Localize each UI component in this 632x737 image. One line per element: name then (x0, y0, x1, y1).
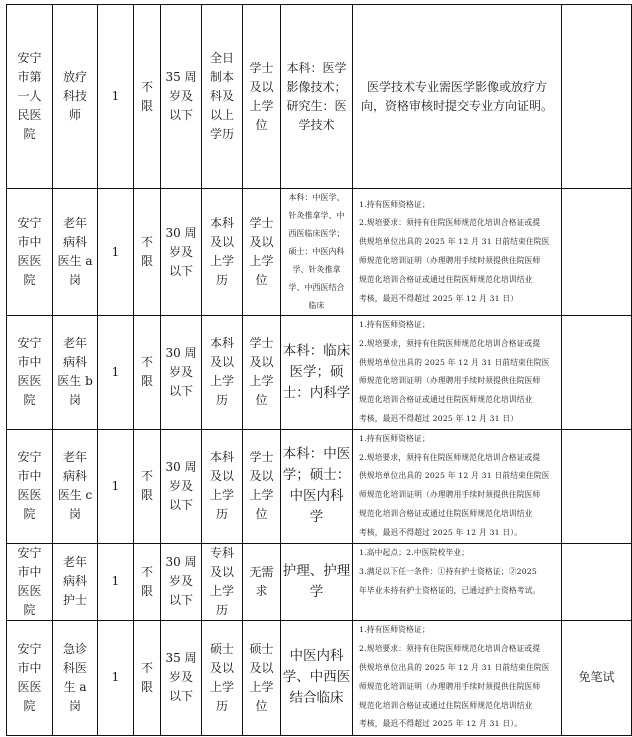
degree-line: 上学 (243, 486, 280, 505)
age-line: 30 周 (161, 553, 201, 572)
headcount-cell: 1 (98, 5, 134, 189)
other-requirements-line: 2.规培要求，须持有住院医师规范化培训合格证或提 (359, 449, 557, 468)
major-cell: 本科：中医学；硕士：中医内科学 (281, 429, 353, 543)
remark-cell (562, 5, 632, 189)
employer-line: 市中 (7, 467, 52, 486)
major-line: 学、中西医结合 (281, 279, 352, 297)
other-requirements-line: 规范化培训合格证或通过住院医师规范化培训结业 (359, 697, 557, 716)
employer-line: 安宁 (7, 334, 52, 353)
remark-cell (562, 189, 632, 316)
position-cell: 急诊科医生 a岗 (53, 620, 98, 735)
major-cell: 护理、护理学 (281, 543, 353, 620)
education-line: 上学 (202, 486, 242, 505)
major-line: 学、针灸推拿 (281, 261, 352, 279)
headcount-text: 1 (98, 572, 133, 591)
employer-line: 安宁 (7, 448, 52, 467)
remark-cell (562, 429, 632, 543)
remark-cell: 免笔试 (562, 620, 632, 735)
education-line: 本科 (202, 448, 242, 467)
position-line: 放疗 (53, 68, 97, 87)
table-row: 安宁市中医医院老年病科医生 b岗1不限30 周岁及以下本科及以上学历学士及以上学… (7, 316, 632, 430)
education-line: 及以 (202, 233, 242, 252)
other-requirements-line: 医学技术专业需医学影像或放疗方 (353, 78, 561, 97)
gender-cell: 不限 (134, 429, 161, 543)
employer-line: 民医 (7, 106, 52, 125)
major-line: 学 (281, 507, 352, 528)
position-line: 岗 (53, 505, 97, 524)
other-requirements-line: 1.持有医师资格证； (359, 430, 557, 449)
degree-line: 求 (243, 582, 280, 601)
age-line: 35 周 (161, 649, 201, 668)
age-cell: 35 周岁及以下 (161, 5, 202, 189)
other-requirements-line: 考核，最迟不得超过 2025 年 12 月 31 日） (359, 410, 557, 429)
education-cell: 专科及以上学历 (202, 543, 243, 620)
other-requirements-line: 供规培单位出具的 2025 年 12 月 31 日前结束住院医 (359, 659, 557, 678)
major-line: 本科：临床 (281, 341, 352, 362)
major-line: 研究生：医 (281, 97, 352, 116)
remark-cell (562, 316, 632, 430)
employer-line: 市中 (7, 353, 52, 372)
major-line: 中医内科 (281, 486, 352, 507)
degree-line: 上学 (243, 97, 280, 116)
education-line: 历 (202, 391, 242, 410)
education-line: 全日 (202, 49, 242, 68)
employer-line: 市中 (7, 233, 52, 252)
position-line: 医生 b (53, 372, 97, 391)
age-line: 以下 (161, 382, 201, 401)
employer-cell: 安宁市中医医院 (7, 543, 53, 620)
gender-line: 不 (134, 563, 160, 582)
headcount-cell: 1 (98, 543, 134, 620)
employer-line: 一人 (7, 87, 52, 106)
education-line: 科及 (202, 87, 242, 106)
age-line: 岁及 (161, 243, 201, 262)
employer-line: 医医 (7, 252, 52, 271)
degree-cell: 学士及以上学位 (243, 189, 281, 316)
employer-line: 市第 (7, 68, 52, 87)
age-line: 以下 (161, 687, 201, 706)
major-line: 西医临床医学； (281, 225, 352, 243)
gender-cell: 不限 (134, 543, 161, 620)
education-line: 及以 (202, 353, 242, 372)
headcount-cell: 1 (98, 189, 134, 316)
other-requirements-line: 向，资格审核时提交专业方向证明。 (353, 97, 561, 116)
other-requirements-line: 师规范化培训证明（办理聘用手续时须提供住院医师 (359, 486, 557, 505)
education-line: 历 (202, 697, 242, 716)
education-cell: 本科及以上学历 (202, 316, 243, 430)
gender-cell: 不限 (134, 620, 161, 735)
other-requirements-line (359, 601, 557, 620)
position-line: 病科 (53, 353, 97, 372)
employer-line: 市中 (7, 563, 52, 582)
age-cell: 30 周岁及以下 (161, 543, 202, 620)
other-requirements-line: 考核，最迟不得超过 2025 年 12 月 31 日）。 (359, 524, 557, 543)
major-line: 影像技术； (281, 78, 352, 97)
other-requirements-line: 2.规培要求：须持有住院医师规范化培训合格证或提 (359, 214, 557, 233)
education-cell: 硕士及以上学历 (202, 620, 243, 735)
other-requirements-line: 规范化培训合格证或通过住院医师规范化培训结业 (359, 271, 557, 290)
position-line: 科技 (53, 87, 97, 106)
employer-line: 安宁 (7, 640, 52, 659)
degree-cell: 学士及以上学位 (243, 5, 281, 189)
other-requirements-line: 1.持有医师资格证； (359, 196, 557, 215)
table-row: 安宁市第一人民医院放疗科技师1不限35 周岁及以下全日制本科及以上学历学士及以上… (7, 5, 632, 189)
degree-line: 及以 (243, 233, 280, 252)
major-line: 中医内科 (281, 646, 352, 667)
major-cell: 本科：临床医学；硕士：内科学 (281, 316, 353, 430)
other-requirements-line: 考核，最迟不得超过 2025 年 12 月 31 日） (359, 290, 557, 309)
major-line: 医学；硕 (281, 362, 352, 383)
position-line: 老年 (53, 553, 97, 572)
education-line: 制本 (202, 68, 242, 87)
recruitment-table: 安宁市第一人民医院放疗科技师1不限35 周岁及以下全日制本科及以上学历学士及以上… (6, 4, 632, 736)
age-line: 30 周 (161, 344, 201, 363)
degree-line: 硕士 (243, 640, 280, 659)
age-cell: 30 周岁及以下 (161, 189, 202, 316)
education-line: 本科 (202, 334, 242, 353)
age-line: 以下 (161, 591, 201, 610)
employer-line: 医医 (7, 486, 52, 505)
degree-line: 学士 (243, 59, 280, 78)
education-line: 本科 (202, 214, 242, 233)
employer-line: 医医 (7, 372, 52, 391)
gender-line: 限 (134, 372, 160, 391)
position-line: 医生 a (53, 252, 97, 271)
education-line: 专科 (202, 544, 242, 563)
age-line: 岁及 (161, 668, 201, 687)
degree-cell: 硕士及以上学位 (243, 620, 281, 735)
other-requirements-cell: 1.高中起点；2.中医院校毕业；3.满足以下任一条件：①持有护士资格证；②202… (353, 543, 562, 620)
remark-cell (562, 543, 632, 620)
major-line: 本科：中医 (281, 444, 352, 465)
age-cell: 30 周岁及以下 (161, 316, 202, 430)
education-line: 上学 (202, 252, 242, 271)
other-requirements-cell: 医学技术专业需医学影像或放疗方向，资格审核时提交专业方向证明。 (353, 5, 562, 189)
other-requirements-line: 年毕业未持有护士资格证的，已通过护士资格考试。 (359, 582, 557, 601)
other-requirements-line: 3.满足以下任一条件：①持有护士资格证；②2025 (359, 563, 557, 582)
gender-line: 限 (134, 582, 160, 601)
age-cell: 35 周岁及以下 (161, 620, 202, 735)
other-requirements-line: 2.规培要求：须持有住院医师规范化培训合格证或提 (359, 640, 557, 659)
other-requirements-cell: 1.持有医师资格证；2.规培要求：须持有住院医师规范化培训合格证或提供规培单位出… (353, 189, 562, 316)
degree-line: 及以 (243, 353, 280, 372)
other-requirements-line: 供规培单位出具的 2025 年 12 月 31 日前结束住院医 (359, 354, 557, 373)
employer-cell: 安宁市中医医院 (7, 189, 53, 316)
position-line: 科医 (53, 659, 97, 678)
gender-cell: 不限 (134, 189, 161, 316)
position-line: 岗 (53, 391, 97, 410)
employer-cell: 安宁市中医医院 (7, 316, 53, 430)
headcount-text: 1 (98, 477, 133, 496)
degree-line: 无需 (243, 563, 280, 582)
age-line: 岁及 (161, 363, 201, 382)
major-cell: 本科：中医学、针灸推拿学、中西医临床医学；硕士：中医内科学、针灸推拿学、中西医结… (281, 189, 353, 316)
major-line: 硕士：中医内科 (281, 243, 352, 261)
other-requirements-line: 1.高中起点；2.中医院校毕业； (359, 544, 557, 563)
employer-cell: 安宁市中医医院 (7, 429, 53, 543)
degree-line: 位 (243, 271, 280, 290)
education-cell: 本科及以上学历 (202, 189, 243, 316)
position-line: 生 a (53, 678, 97, 697)
education-line: 及以 (202, 467, 242, 486)
age-line: 岁及 (161, 87, 201, 106)
gender-cell: 不限 (134, 316, 161, 430)
other-requirements-line: 师规范化培训证明（办理聘用手续时须提供住院医师 (359, 372, 557, 391)
major-line: 学；硕士： (281, 465, 352, 486)
major-line: 学、中西医 (281, 667, 352, 688)
education-line: 上学 (202, 372, 242, 391)
table-row: 安宁市中医医院老年病科护士1不限30 周岁及以下专科及以上学历无需求护理、护理学… (7, 543, 632, 620)
education-line: 以上 (202, 106, 242, 125)
table-row: 安宁市中医医院老年病科医生 c岗1不限30 周岁及以下本科及以上学历学士及以上学… (7, 429, 632, 543)
education-line: 硕士 (202, 640, 242, 659)
education-line: 历 (202, 505, 242, 524)
headcount-text: 1 (98, 243, 133, 262)
other-requirements-line: 师规范化培训证明（办理聘用手续时须提供住院医师 (359, 252, 557, 271)
employer-line: 市中 (7, 659, 52, 678)
degree-line: 学士 (243, 334, 280, 353)
age-cell: 30 周岁及以下 (161, 429, 202, 543)
gender-line: 限 (134, 252, 160, 271)
degree-line: 学士 (243, 448, 280, 467)
degree-line: 及以 (243, 78, 280, 97)
major-line: 结合临床 (281, 688, 352, 709)
major-cell: 中医内科学、中西医结合临床 (281, 620, 353, 735)
other-requirements-line: 供规培单位出具的 2025 年 12 月 31 日前结束住院医 (359, 233, 557, 252)
position-cell: 老年病科医生 c岗 (53, 429, 98, 543)
employer-line: 院 (7, 391, 52, 410)
position-line: 老年 (53, 334, 97, 353)
employer-line: 院 (7, 601, 52, 620)
gender-line: 限 (134, 678, 160, 697)
position-line: 病科 (53, 572, 97, 591)
headcount-cell: 1 (98, 316, 134, 430)
headcount-cell: 1 (98, 620, 134, 735)
gender-line: 不 (134, 467, 160, 486)
employer-line: 安宁 (7, 214, 52, 233)
position-line: 老年 (53, 448, 97, 467)
degree-line: 位 (243, 697, 280, 716)
position-line: 岗 (53, 271, 97, 290)
major-cell: 本科：医学影像技术；研究生：医学技术 (281, 5, 353, 189)
position-line: 老年 (53, 214, 97, 233)
age-line: 30 周 (161, 224, 201, 243)
position-line: 医生 c (53, 486, 97, 505)
remark-text: 免笔试 (562, 668, 631, 687)
table-row: 安宁市中医医院急诊科医生 a岗1不限35 周岁及以下硕士及以上学历硕士及以上学位… (7, 620, 632, 735)
headcount-text: 1 (98, 668, 133, 687)
education-cell: 本科及以上学历 (202, 429, 243, 543)
employer-line: 院 (7, 697, 52, 716)
other-requirements-line: 1.持有医师资格证； (359, 316, 557, 335)
other-requirements-line: 2.规培要求，须持有住院医师规范化培训合格证或提 (359, 335, 557, 354)
employer-line: 院 (7, 271, 52, 290)
position-line: 病科 (53, 467, 97, 486)
degree-line: 学士 (243, 214, 280, 233)
degree-line: 及以 (243, 467, 280, 486)
employer-cell: 安宁市第一人民医院 (7, 5, 53, 189)
headcount-cell: 1 (98, 429, 134, 543)
other-requirements-cell: 1.持有医师资格证；2.规培要求，须持有住院医师规范化培训合格证或提供规培单位出… (353, 316, 562, 430)
gender-line: 不 (134, 659, 160, 678)
position-cell: 老年病科护士 (53, 543, 98, 620)
gender-line: 不 (134, 233, 160, 252)
employer-line: 院 (7, 125, 52, 144)
other-requirements-line: 考核，最迟不得超过 2025 年 12 月 31 日）。 (359, 715, 557, 734)
age-line: 以下 (161, 106, 201, 125)
major-line: 临床 (281, 297, 352, 315)
gender-line: 不 (134, 78, 160, 97)
degree-line: 位 (243, 505, 280, 524)
education-line: 及以 (202, 563, 242, 582)
other-requirements-line: 师规范化培训证明（办理聘用手续时须提供住院医师 (359, 678, 557, 697)
other-requirements-cell: 1.持有医师资格证；2.规培要求：须持有住院医师规范化培训合格证或提供规培单位出… (353, 620, 562, 735)
other-requirements-cell: 1.持有医师资格证；2.规培要求，须持有住院医师规范化培训合格证或提供规培单位出… (353, 429, 562, 543)
major-line: 本科：医学 (281, 59, 352, 78)
table-row: 安宁市中医医院老年病科医生 a岗1不限30 周岁及以下本科及以上学历学士及以上学… (7, 189, 632, 316)
employer-cell: 安宁市中医医院 (7, 620, 53, 735)
degree-line: 位 (243, 391, 280, 410)
major-line: 学技术 (281, 116, 352, 135)
position-line: 师 (53, 106, 97, 125)
gender-cell: 不限 (134, 5, 161, 189)
headcount-text: 1 (98, 363, 133, 382)
education-line: 上学 (202, 582, 242, 601)
education-line: 历 (202, 601, 242, 620)
degree-line: 上学 (243, 252, 280, 271)
other-requirements-line: 1.持有医师资格证； (359, 621, 557, 640)
position-line: 护士 (53, 591, 97, 610)
position-line: 岗 (53, 697, 97, 716)
major-line: 士：内科学 (281, 383, 352, 404)
employer-line: 医医 (7, 678, 52, 697)
gender-line: 限 (134, 486, 160, 505)
degree-cell: 学士及以上学位 (243, 316, 281, 430)
position-cell: 老年病科医生 b岗 (53, 316, 98, 430)
major-line: 针灸推拿学、中 (281, 207, 352, 225)
age-line: 岁及 (161, 477, 201, 496)
position-cell: 放疗科技师 (53, 5, 98, 189)
education-line: 历 (202, 271, 242, 290)
education-cell: 全日制本科及以上学历 (202, 5, 243, 189)
other-requirements-line: 规范化培训合格证或通过住院医师规范化培训结业 (359, 391, 557, 410)
employer-line: 安宁 (7, 544, 52, 563)
degree-line: 上学 (243, 678, 280, 697)
education-line: 及以 (202, 659, 242, 678)
degree-line: 上学 (243, 372, 280, 391)
education-line: 学历 (202, 125, 242, 144)
major-line: 本科：中医学、 (281, 189, 352, 207)
employer-line: 医医 (7, 582, 52, 601)
age-line: 30 周 (161, 458, 201, 477)
other-requirements-line: 规范化培训合格证或通过住院医师规范化培训结业 (359, 505, 557, 524)
employer-line: 安宁 (7, 49, 52, 68)
major-line: 护理、护理 (281, 561, 352, 582)
degree-cell: 无需求 (243, 543, 281, 620)
position-line: 病科 (53, 233, 97, 252)
education-line: 上学 (202, 678, 242, 697)
age-line: 岁及 (161, 572, 201, 591)
gender-line: 限 (134, 97, 160, 116)
degree-line: 及以 (243, 659, 280, 678)
other-requirements-line: 供规培单位出具的 2025 年 12 月 31 日前结束住院医 (359, 467, 557, 486)
age-line: 以下 (161, 262, 201, 281)
age-line: 以下 (161, 496, 201, 515)
headcount-text: 1 (98, 87, 133, 106)
gender-line: 不 (134, 353, 160, 372)
table-body: 安宁市第一人民医院放疗科技师1不限35 周岁及以下全日制本科及以上学历学士及以上… (7, 5, 632, 736)
degree-cell: 学士及以上学位 (243, 429, 281, 543)
position-cell: 老年病科医生 a岗 (53, 189, 98, 316)
employer-line: 院 (7, 505, 52, 524)
age-line: 35 周 (161, 68, 201, 87)
degree-line: 位 (243, 116, 280, 135)
major-line: 学 (281, 582, 352, 603)
position-line: 急诊 (53, 640, 97, 659)
